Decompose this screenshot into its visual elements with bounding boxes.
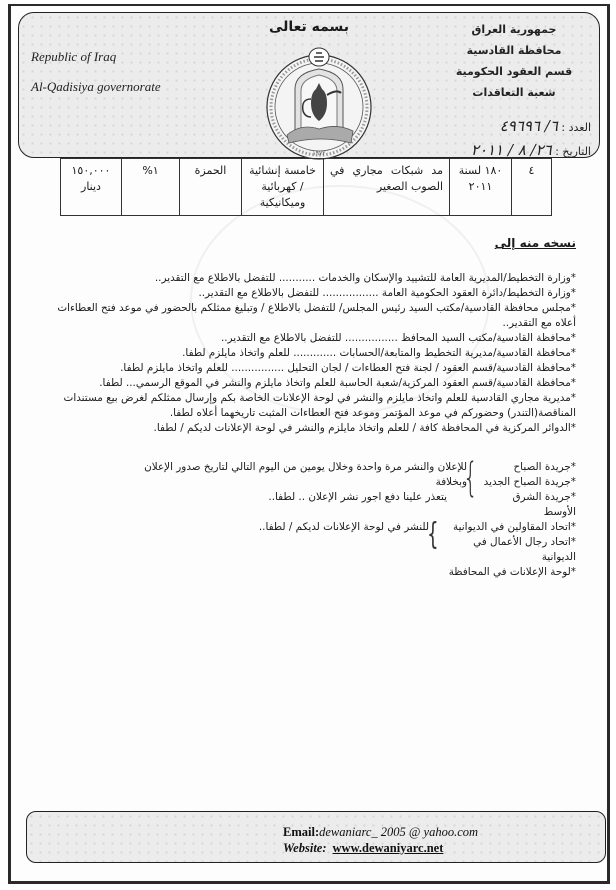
- date-value: ٢٦/ ٨ / ٢٠١١: [471, 141, 552, 159]
- newspaper-note: للإعلان والنشر مرة واحدة وخلال يومين من …: [117, 460, 467, 520]
- list-item: *محافظة القادسية/قسم العقود المركزية/شعب…: [56, 376, 576, 391]
- newspaper-note-line1: للإعلان والنشر مرة واحدة وخلال يومين من …: [117, 460, 467, 490]
- reference-number-row: العدد : ٦/ ٤٩٦٩٦: [471, 117, 591, 135]
- arabic-letterhead: جمهورية العراق محافظة القادسية قسم العقو…: [439, 23, 589, 107]
- union-item: *اتحاد رجال الأعمال في الديوانية: [441, 535, 576, 565]
- list-item: *مديرية مجاري القادسية للعلم واتخاذ مايل…: [56, 391, 576, 421]
- cell-contractor-grade: خامسة إنشائية / كهربائية وميكانيكية: [242, 159, 324, 216]
- newspaper-note-line2: يتعذر علينا دفع اجور نشر الإعلان .. لطفا…: [117, 490, 467, 505]
- list-item: *محافظة القادسية/مكتب السيد المحافظ ....…: [56, 331, 576, 346]
- cell-tender-ref: ١٨٠ لسنة ٢٠١١: [450, 159, 512, 216]
- unions-block: *اتحاد المقاولين في الديوانية *اتحاد رجا…: [56, 520, 576, 565]
- brace-icon: }: [431, 520, 438, 565]
- website-row: Website:www.dewaniyarc.net: [283, 840, 478, 856]
- email-address[interactable]: dewaniarc_ 2005 @ yahoo.com: [319, 825, 478, 839]
- number-label: العدد :: [561, 121, 591, 134]
- newspaper-list: *جريدة الصباح *جريدة الصباح الجديد *جريد…: [481, 460, 576, 520]
- list-item: *محافظة القادسية/مديرية التخطيط والمتابع…: [56, 346, 576, 361]
- cell-project-name: مد شبكات مجاري في الصوب الصغير: [324, 159, 450, 216]
- website-link[interactable]: www.dewaniyarc.net: [333, 841, 444, 855]
- english-governorate: Al-Qadisiya governorate: [31, 79, 161, 95]
- email-label: Email:: [283, 825, 319, 839]
- footer-contact: Email:dewaniarc_ 2005 @ yahoo.com Websit…: [283, 824, 478, 856]
- basmala-heading: بسمه تعالى: [269, 19, 349, 35]
- brace-icon: }: [470, 456, 478, 520]
- letterhead: بسمه تعالى Republic of Iraq Al-Qadisiya …: [18, 12, 600, 158]
- arabic-governorate: محافظة القادسية: [439, 44, 589, 57]
- date-label: التاريخ :: [555, 145, 591, 158]
- copies-title: نسخه منه إلى: [56, 236, 576, 251]
- english-country: Republic of Iraq: [31, 49, 161, 65]
- notice-board-item: *لوحة الإعلانات في المحافظة: [449, 566, 576, 578]
- newspaper-item: *جريدة الصباح الجديد: [481, 475, 576, 490]
- list-item: *وزارة التخطيط/دائرة العقود الحكومية الع…: [56, 286, 576, 301]
- list-item: *محافظة القادسية/قسم العقود / لجنة فتح ا…: [56, 361, 576, 376]
- cell-percent: ١%: [122, 159, 180, 216]
- list-item: *وزارة التخطيط/المديرية العامة للتشييد و…: [56, 271, 576, 286]
- arabic-country: جمهورية العراق: [439, 23, 589, 36]
- governorate-emblem-icon: ۱۹۷۲: [261, 39, 377, 165]
- tender-table: ٤ ١٨٠ لسنة ٢٠١١ مد شبكات مجاري في الصوب …: [60, 158, 552, 216]
- table-row: ٤ ١٨٠ لسنة ٢٠١١ مد شبكات مجاري في الصوب …: [61, 159, 552, 216]
- date-row: التاريخ : ٢٦/ ٨ / ٢٠١١: [471, 141, 591, 159]
- union-list: *اتحاد المقاولين في الديوانية *اتحاد رجا…: [441, 520, 576, 565]
- arabic-department: قسم العقود الحكومية: [439, 65, 589, 78]
- union-item: *اتحاد المقاولين في الديوانية: [441, 520, 576, 535]
- cell-amount: ١٥٠,٠٠٠ دينار: [61, 159, 122, 216]
- english-letterhead: Republic of Iraq Al-Qadisiya governorate: [31, 49, 161, 109]
- list-item: *مجلس محافظة القادسية/مكتب السيد رئيس ال…: [56, 301, 576, 331]
- svg-text:۱۹۷۲: ۱۹۷۲: [313, 150, 326, 157]
- cell-number: ٤: [512, 159, 552, 216]
- arabic-section: شعبة التعاقدات: [439, 86, 589, 99]
- list-item: *الدوائر المركزية في المحافظة كافة / للع…: [56, 421, 576, 436]
- newspaper-item: *جريدة الصباح: [481, 460, 576, 475]
- website-label: Website:: [283, 841, 327, 855]
- email-row: Email:dewaniarc_ 2005 @ yahoo.com: [283, 824, 478, 840]
- newspaper-item: *جريدة الشرق الأوسط: [481, 490, 576, 520]
- union-note: للنشر في لوحة الإعلانات لديكم / لطفا..: [129, 520, 429, 565]
- cell-location: الحمزة: [180, 159, 242, 216]
- copies-section: نسخه منه إلى *وزارة التخطيط/المديرية الع…: [56, 236, 576, 436]
- number-value: ٦/ ٤٩٦٩٦: [500, 117, 558, 135]
- contact-footer: Email:dewaniarc_ 2005 @ yahoo.com Websit…: [26, 811, 606, 863]
- newspapers-block: *جريدة الصباح *جريدة الصباح الجديد *جريد…: [56, 460, 576, 520]
